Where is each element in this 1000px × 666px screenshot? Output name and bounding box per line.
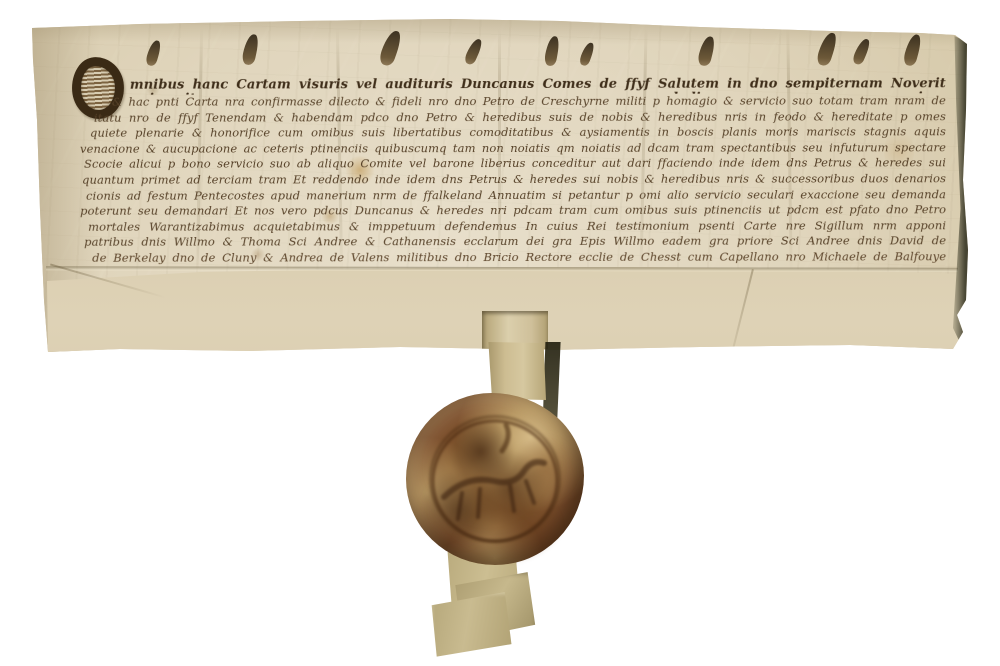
seal-tag-tail-tip [430, 592, 514, 658]
script-line: patribus dnis Willmo & Thoma Sci Andree … [78, 234, 946, 251]
script-line: mortales Warantizabimus acquietabimus & … [78, 218, 946, 235]
script-line: quantum primet ad terciam tram Et redden… [78, 171, 946, 188]
seal-tag [486, 342, 546, 400]
script-line: de Berkelay dno de Cluny & Andrea de Val… [78, 249, 946, 266]
equestrian-impression [406, 393, 584, 565]
script-line: cionis ad festum Pentecostes apud maneri… [78, 187, 946, 204]
script-line: Scocie alicui p bono servicio suo ab ali… [78, 156, 946, 173]
script-line: venacione & aucupacione ac ceteris ptine… [78, 140, 946, 157]
charter-photo: O mnibus hanc Cartam visuris vel auditur… [0, 0, 1000, 666]
wax-seal [406, 393, 584, 565]
script-line: quiete plenarie & honorifice cum omibus … [78, 124, 946, 141]
script-line: itatu nro de ffyf Tenendam & habendam pd… [78, 109, 946, 126]
script-line: poterunt seu demandari Et nos vero pdcus… [78, 202, 946, 219]
script-line: & hac pnti Carta nra confirmasse dilecto… [78, 93, 946, 110]
script-line: mnibus hanc Cartam visuris vel audituris… [78, 57, 946, 95]
charter-text-block: mnibus hanc Cartam visuris vel audituris… [78, 57, 946, 266]
